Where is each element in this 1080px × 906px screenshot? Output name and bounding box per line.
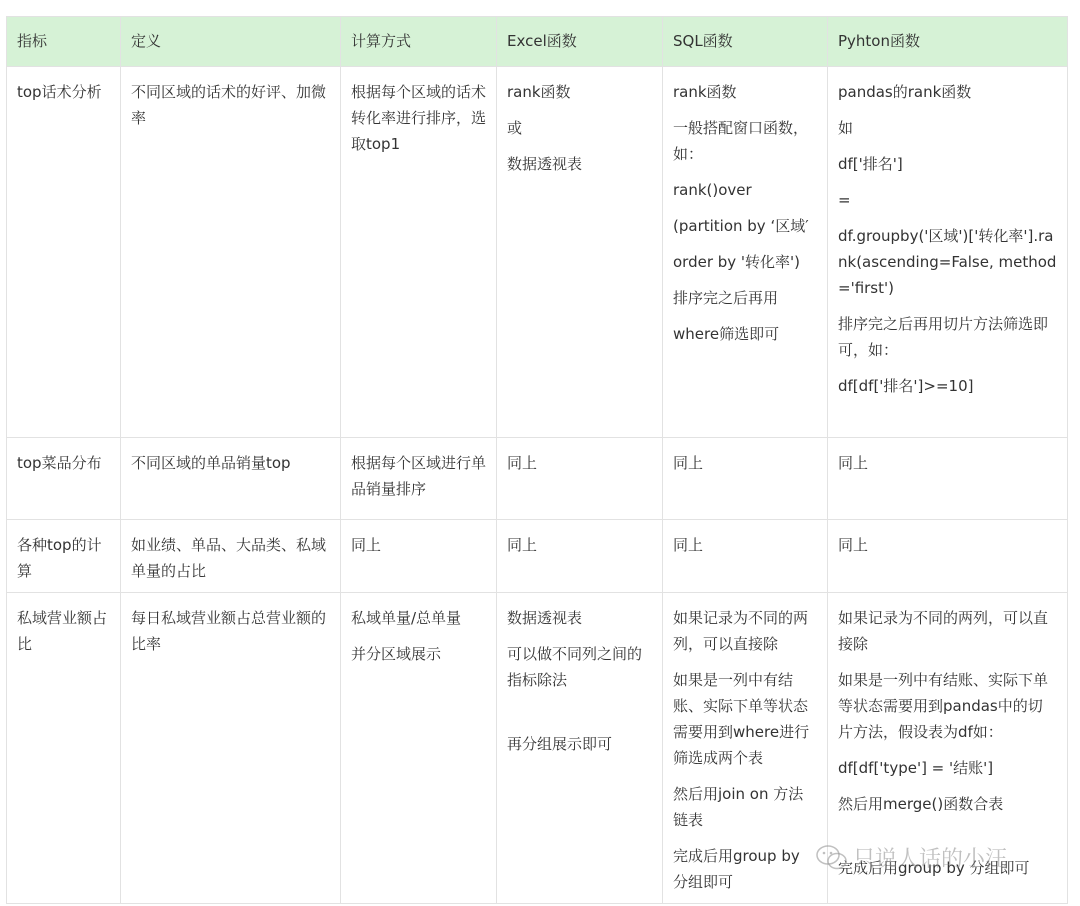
cell-definition: 每日私域营业额占总营业额的比率 — [121, 593, 341, 904]
cell-excel: 同上 — [497, 520, 663, 593]
table-header-row: 指标 定义 计算方式 Excel函数 SQL函数 Pyhton函数 — [7, 17, 1068, 67]
table-row: top话术分析 不同区域的话术的好评、加微率 根据每个区域的话术转化率进行排序，… — [7, 67, 1068, 438]
cell-text: 并分区域展示 — [351, 641, 486, 667]
cell-text: df[df['type'] = '结账'] — [838, 755, 1057, 781]
cell-text: 如果记录为不同的两列，可以直接除 — [673, 605, 817, 657]
cell-text: 如 — [838, 115, 1057, 141]
cell-sql: 如果记录为不同的两列，可以直接除 如果是一列中有结账、实际下单等状态需要用到wh… — [663, 593, 828, 904]
cell-text: 同上 — [838, 532, 1057, 558]
cell-text: = — [838, 187, 1057, 213]
cell-metric: 私域营业额占比 — [7, 593, 121, 904]
cell-excel: rank函数 或 数据透视表 — [497, 67, 663, 438]
cell-text: 完成后用group by 分组即可 — [838, 855, 1057, 881]
cell-text: 再分组展示即可 — [507, 731, 652, 757]
cell-text: 数据透视表 — [507, 605, 652, 631]
header-sql: SQL函数 — [663, 17, 828, 67]
cell-text: 同上 — [838, 450, 1057, 476]
cell-sql: rank函数 一般搭配窗口函数，如： rank()over (partition… — [663, 67, 828, 438]
cell-text: 完成后用group by 分组即可 — [673, 843, 817, 895]
table-row: top菜品分布 不同区域的单品销量top 根据每个区域进行单品销量排序 同上 同… — [7, 438, 1068, 520]
cell-text: df['排名'] — [838, 151, 1057, 177]
cell-text: 如业绩、单品、大品类、私域单量的占比 — [131, 532, 330, 584]
cell-text: 不同区域的话术的好评、加微率 — [131, 79, 330, 131]
cell-text: 可以做不同列之间的指标除法 — [507, 641, 652, 693]
cell-python: pandas的rank函数 如 df['排名'] = df.groupby('区… — [828, 67, 1068, 438]
cell-text: where筛选即可 — [673, 321, 817, 347]
table-row: 各种top的计算 如业绩、单品、大品类、私域单量的占比 同上 同上 同上 同上 — [7, 520, 1068, 593]
cell-text: 然后用join on 方法链表 — [673, 781, 817, 833]
cell-metric: 各种top的计算 — [7, 520, 121, 593]
cell-excel: 同上 — [497, 438, 663, 520]
cell-calculation: 根据每个区域的话术转化率进行排序，选取top1 — [341, 67, 497, 438]
header-metric: 指标 — [7, 17, 121, 67]
cell-text: 然后用merge()函数合表 — [838, 791, 1057, 817]
cell-text: 排序完之后再用切片方法筛选即可，如： — [838, 311, 1057, 363]
cell-text: top菜品分布 — [17, 450, 110, 476]
cell-text: 不同区域的单品销量top — [131, 450, 330, 476]
cell-text: 如果是一列中有结账、实际下单等状态需要用到where进行筛选成两个表 — [673, 667, 817, 771]
cell-text: order by '转化率') — [673, 249, 817, 275]
cell-calculation: 私域单量/总单量 并分区域展示 — [341, 593, 497, 904]
cell-text: 各种top的计算 — [17, 532, 110, 584]
cell-text: 同上 — [351, 532, 486, 558]
cell-python: 同上 — [828, 520, 1068, 593]
cell-text: 一般搭配窗口函数，如： — [673, 115, 817, 167]
cell-text: df[df['排名']>=10] — [838, 373, 1057, 399]
cell-python: 如果记录为不同的两列，可以直接除 如果是一列中有结账、实际下单等状态需要用到pa… — [828, 593, 1068, 904]
header-python: Pyhton函数 — [828, 17, 1068, 67]
cell-text: 如果是一列中有结账、实际下单等状态需要用到pandas中的切片方法，假设表为df… — [838, 667, 1057, 745]
cell-definition: 如业绩、单品、大品类、私域单量的占比 — [121, 520, 341, 593]
metrics-table: 指标 定义 计算方式 Excel函数 SQL函数 Pyhton函数 top话术分… — [6, 16, 1068, 904]
header-definition: 定义 — [121, 17, 341, 67]
cell-text: 私域营业额占比 — [17, 605, 110, 657]
cell-sql: 同上 — [663, 438, 828, 520]
cell-calculation: 同上 — [341, 520, 497, 593]
cell-text: 根据每个区域进行单品销量排序 — [351, 450, 486, 502]
cell-text: 同上 — [507, 450, 652, 476]
cell-metric: top话术分析 — [7, 67, 121, 438]
cell-text: rank()over — [673, 177, 817, 203]
cell-calculation: 根据每个区域进行单品销量排序 — [341, 438, 497, 520]
table-row: 私域营业额占比 每日私域营业额占总营业额的比率 私域单量/总单量 并分区域展示 … — [7, 593, 1068, 904]
cell-text: 同上 — [673, 450, 817, 476]
cell-text: 排序完之后再用 — [673, 285, 817, 311]
cell-text: 私域单量/总单量 — [351, 605, 486, 631]
cell-text: rank函数 — [507, 79, 652, 105]
cell-text: rank函数 — [673, 79, 817, 105]
cell-text: 根据每个区域的话术转化率进行排序，选取top1 — [351, 79, 486, 157]
cell-text: 每日私域营业额占总营业额的比率 — [131, 605, 330, 657]
cell-text: 同上 — [507, 532, 652, 558]
cell-text: top话术分析 — [17, 79, 110, 105]
cell-text: 或 — [507, 115, 652, 141]
cell-definition: 不同区域的话术的好评、加微率 — [121, 67, 341, 438]
cell-text: 如果记录为不同的两列，可以直接除 — [838, 605, 1057, 657]
cell-sql: 同上 — [663, 520, 828, 593]
cell-metric: top菜品分布 — [7, 438, 121, 520]
cell-definition: 不同区域的单品销量top — [121, 438, 341, 520]
cell-text: 同上 — [673, 532, 817, 558]
cell-python: 同上 — [828, 438, 1068, 520]
header-calculation: 计算方式 — [341, 17, 497, 67]
cell-text: (partition by ‘区域′ — [673, 213, 817, 239]
cell-text: pandas的rank函数 — [838, 79, 1057, 105]
cell-excel: 数据透视表 可以做不同列之间的指标除法 再分组展示即可 — [497, 593, 663, 904]
cell-text: 数据透视表 — [507, 151, 652, 177]
header-excel: Excel函数 — [497, 17, 663, 67]
cell-text: df.groupby('区域')['转化率'].rank(ascending=F… — [838, 223, 1057, 301]
